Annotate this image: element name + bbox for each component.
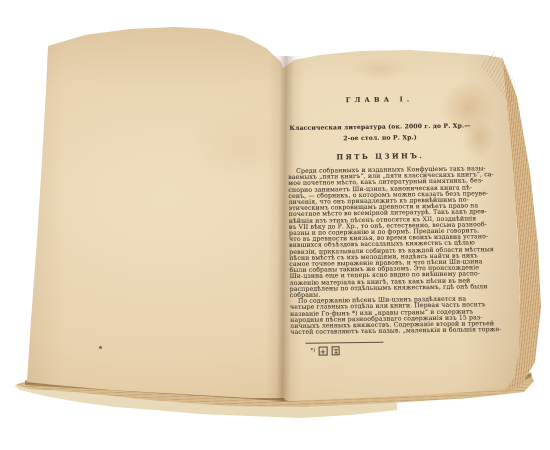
paper-speck: [99, 346, 102, 349]
paper-stain: [350, 58, 410, 80]
page-text: ГЛАВА I. Классическая литература (ок. 20…: [287, 89, 476, 356]
footnote-separator: [306, 342, 384, 344]
footnote-marker: *): [311, 348, 316, 354]
hanzi-feng-icon: [332, 347, 341, 356]
book-photograph: ГЛАВА I. Классическая литература (ок. 20…: [0, 0, 550, 450]
body-paragraph-1: Среди собранныхъ и изданныхъ Конфуціемъ …: [288, 166, 475, 299]
hanzi-guo-icon: [319, 347, 328, 356]
chapter-title: Классическая литература (ок. 2000 г. до …: [287, 121, 472, 145]
chapter-heading: ГЛАВА I.: [287, 89, 472, 105]
body-paragraph-2: По содержанію пѣсенъ Ши-цзинъ раздѣляетс…: [290, 297, 476, 337]
section-heading: ПЯТЬ ЦЗИНЪ.: [288, 150, 473, 162]
paper-stain: [190, 110, 290, 180]
